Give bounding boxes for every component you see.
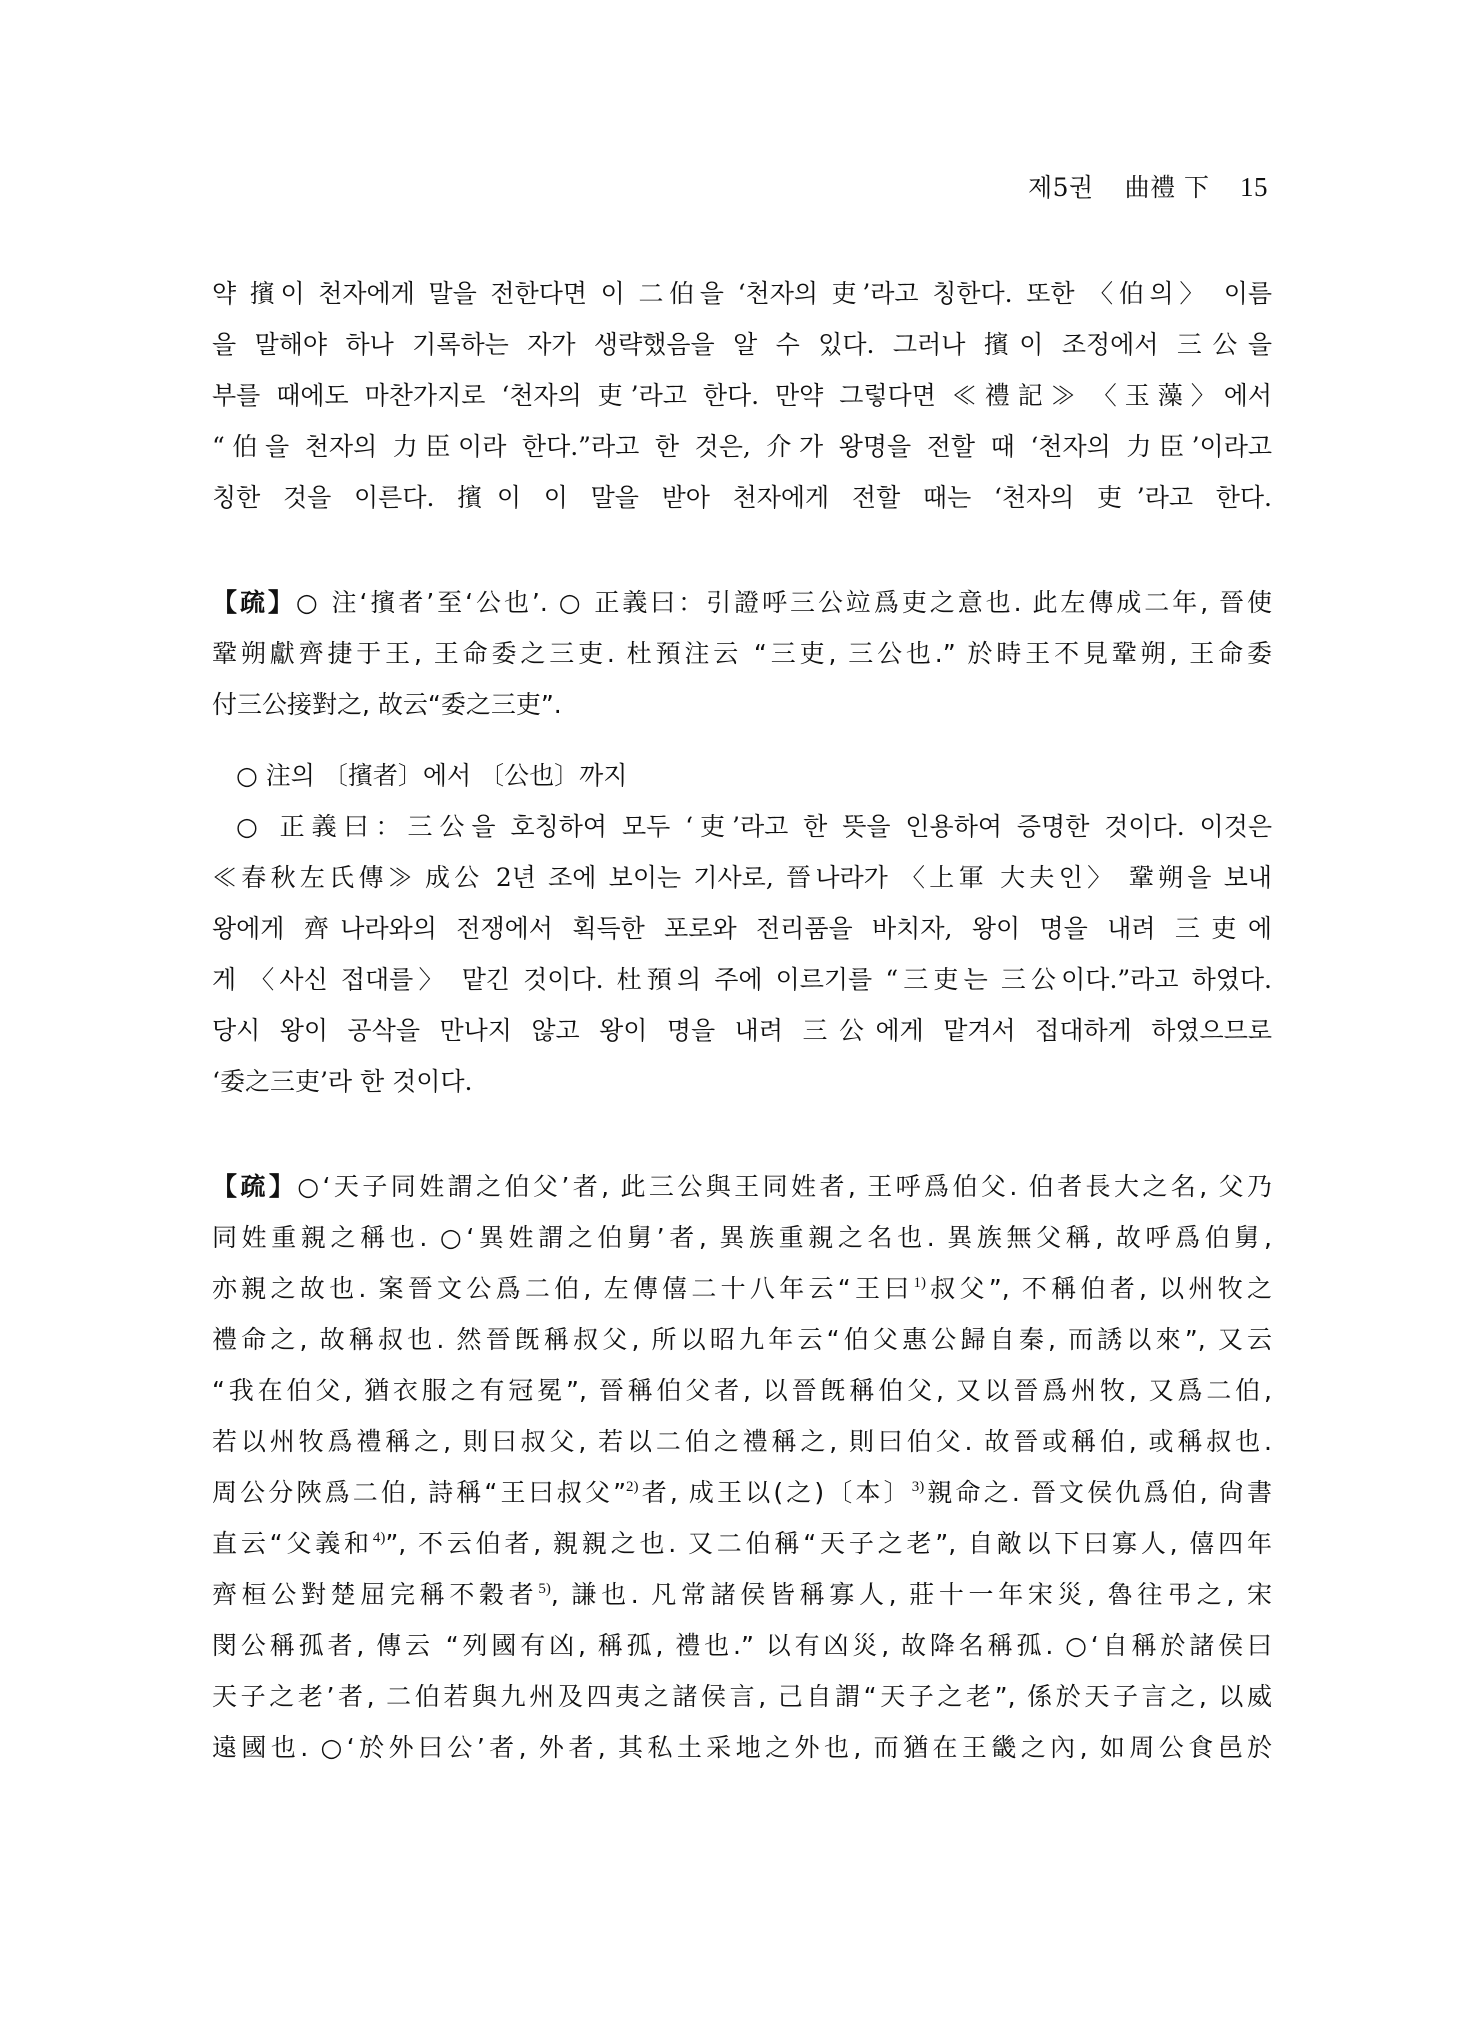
footnote-ref: 3) (912, 1479, 925, 1495)
commentary-line: 付三公接對之, 故云“委之三吏”. (212, 679, 1272, 730)
commentary-line: 齊桓公對楚屈完稱不穀者5), 謙也. 凡常諸侯皆稱寡人, 莊十一年宋災, 魯往弔… (212, 1569, 1272, 1620)
commentary-line: 遠國也. ○‘於外曰公’者, 外者, 其私土采地之外也, 而猶在王畿之內, 如周… (212, 1722, 1272, 1773)
text-line: 당시 왕이 공삭을 만나지 않고 왕이 명을 내려 三公에게 맡겨서 접대하게 … (212, 1005, 1272, 1056)
commentary-line: 鞏朔獻齊捷于王, 王命委之三吏. 杜預注云 “三吏, 三公也.” 於時王不見鞏朔… (212, 628, 1272, 679)
footnote-ref: 1) (914, 1275, 927, 1291)
text-line: 을 말해야 하나 기록하는 자가 생략했음을 알 수 있다. 그러나 擯이 조정… (212, 319, 1272, 370)
text-line: ○ 正義曰：三公을 호칭하여 모두 ‘吏’라고 한 뜻을 인용하여 증명한 것이… (212, 801, 1272, 852)
running-head: 제5권 曲禮 下 15 (1028, 168, 1268, 204)
section-title: 下 (1184, 173, 1210, 202)
commentary-line: 亦親之故也. 案晉文公爲二伯, 左傳僖二十八年云“王曰1)叔父”, 不稱伯者, … (212, 1263, 1272, 1314)
commentary-line: 【疏】○‘天子同姓謂之伯父’者, 此三公與王同姓者, 王呼爲伯父. 伯者長大之名… (212, 1161, 1272, 1212)
commentary-line: 閔公稱孤者, 傳云 “列國有凶, 稱孤, 禮也.” 以有凶災, 故降名稱孤. ○… (212, 1620, 1272, 1671)
chapter-title: 曲禮 (1125, 173, 1176, 202)
translation-heading: ○ 注의 〔擯者〕에서 〔公也〕까지 (212, 750, 1272, 801)
translation-paragraph-1: 약 擯이 천자에게 말을 전한다면 이 二伯을 ‘천자의 吏’라고 칭한다. 또… (212, 268, 1272, 523)
commentary-line: 天子之老’者, 二伯若與九州及四夷之諸侯言, 己自謂“天子之老”, 係於天子言之… (212, 1671, 1272, 1722)
page-body: 약 擯이 천자에게 말을 전한다면 이 二伯을 ‘천자의 吏’라고 칭한다. 또… (212, 268, 1272, 1773)
text-line: ‘委之三吏’라 한 것이다. (212, 1056, 1272, 1107)
commentary-block-2: 【疏】○‘天子同姓謂之伯父’者, 此三公與王同姓者, 王呼爲伯父. 伯者長大之名… (212, 1161, 1272, 1773)
shu-label: 【疏】 (212, 1172, 297, 1201)
volume-label: 제5권 (1028, 173, 1094, 202)
footnote-ref: 4) (373, 1530, 386, 1546)
text-line: 게 〈사신 접대를〉 맡긴 것이다. 杜預의 주에 이르기를 “三吏는 三公이다… (212, 954, 1272, 1005)
commentary-line: 禮命之, 故稱叔也. 然晉旣稱叔父, 所以昭九年云“伯父惠公歸自秦, 而誘以來”… (212, 1314, 1272, 1365)
footnote-ref: 2) (626, 1479, 639, 1495)
commentary-line: 同姓重親之稱也. ○‘異姓謂之伯舅’者, 異族重親之名也. 異族無父稱, 故呼爲… (212, 1212, 1272, 1263)
commentary-block-1: 【疏】○ 注‘擯者’至‘公也’. ○ 正義曰：引證呼三公竝爲吏之意也. 此左傳成… (212, 577, 1272, 730)
page-number: 15 (1240, 172, 1268, 202)
text-line: 왕에게 齊나라와의 전쟁에서 획득한 포로와 전리품을 바치자, 왕이 명을 내… (212, 903, 1272, 954)
commentary-line: 周公分陜爲二伯, 詩稱“王曰叔父”2)者, 成王以(之)〔本〕3)親命之. 晉文… (212, 1467, 1272, 1518)
translation-block-1: ○ 注의 〔擯者〕에서 〔公也〕까지 ○ 正義曰：三公을 호칭하여 모두 ‘吏’… (212, 750, 1272, 1107)
text-line: “伯을 천자의 力臣이라 한다.”라고 한 것은, 介가 왕명을 전할 때 ‘천… (212, 421, 1272, 472)
text-line: ≪春秋左氏傳≫ 成公 2년 조에 보이는 기사로, 晉나라가 〈上軍 大夫인〉 … (212, 852, 1272, 903)
commentary-line: “我在伯父, 猶衣服之有冠冕”, 晉稱伯父者, 以晉旣稱伯父, 又以晉爲州牧, … (212, 1365, 1272, 1416)
document-page: 제5권 曲禮 下 15 약 擯이 천자에게 말을 전한다면 이 二伯을 ‘천자의… (0, 0, 1480, 2024)
text-line: 약 擯이 천자에게 말을 전한다면 이 二伯을 ‘천자의 吏’라고 칭한다. 또… (212, 268, 1272, 319)
shu-label: 【疏】 (212, 588, 296, 617)
commentary-line: 【疏】○ 注‘擯者’至‘公也’. ○ 正義曰：引證呼三公竝爲吏之意也. 此左傳成… (212, 577, 1272, 628)
commentary-line: 若以州牧爲禮稱之, 則曰叔父, 若以二伯之禮稱之, 則曰伯父. 故晉或稱伯, 或… (212, 1416, 1272, 1467)
text-line: 부를 때에도 마찬가지로 ‘천자의 吏’라고 한다. 만약 그렇다면 ≪禮記≫ … (212, 370, 1272, 421)
footnote-ref: 5) (538, 1581, 551, 1597)
commentary-line: 直云“父義和4)”, 不云伯者, 親親之也. 又二伯稱“天子之老”, 自敵以下曰… (212, 1518, 1272, 1569)
text-line: 칭한 것을 이른다. 擯이 이 말을 받아 천자에게 전할 때는 ‘천자의 吏’… (212, 472, 1272, 523)
